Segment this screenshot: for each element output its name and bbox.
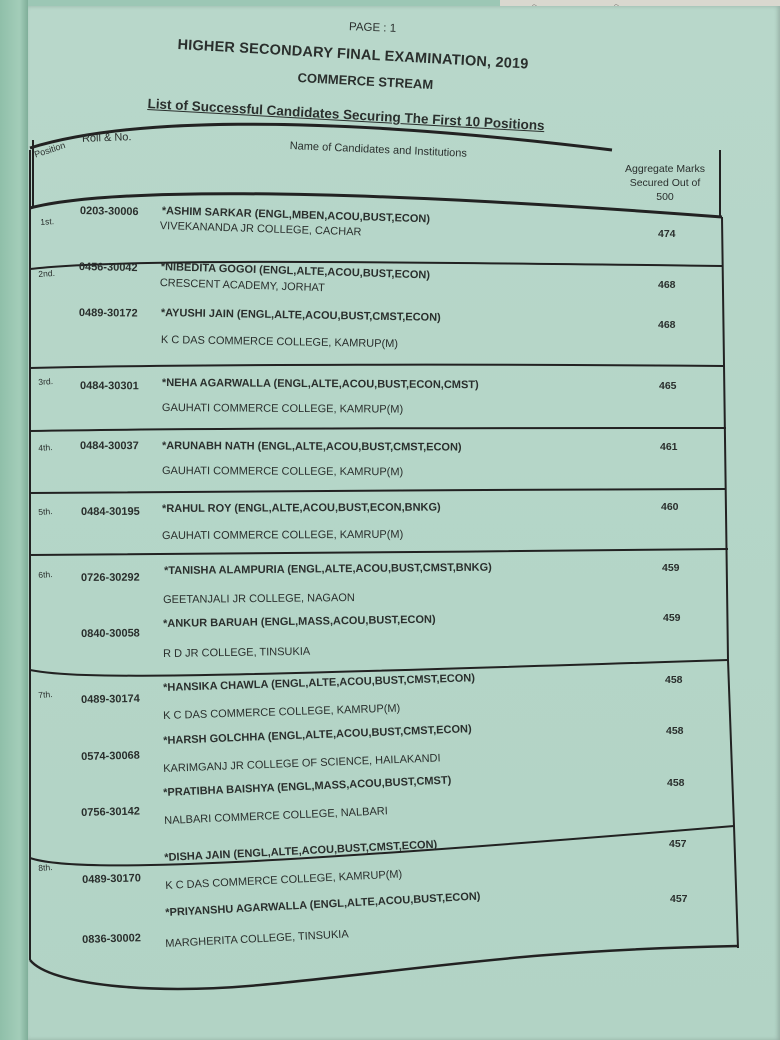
aggregate-marks: 461: [660, 441, 678, 453]
adjacent-page-edge: [0, 0, 28, 1040]
candidate-name: *ARUNABH NATH (ENGL,ALTE,ACOU,BUST,CMST,…: [162, 440, 462, 454]
roll-number: 0203-30006: [80, 205, 139, 218]
aggregate-marks: 460: [661, 501, 679, 513]
candidate-name: *RAHUL ROY (ENGL,ALTE,ACOU,BUST,ECON,BNK…: [162, 502, 441, 515]
institution-name: R D JR COLLEGE, TINSUKIA: [163, 646, 310, 660]
position-label: 7th.: [38, 689, 53, 700]
roll-number: 0484-30037: [80, 440, 139, 452]
aggregate-marks: 457: [670, 893, 688, 905]
aggregate-marks: 468: [658, 319, 676, 331]
position-label: 4th.: [38, 442, 53, 453]
aggregate-marks: 458: [667, 777, 685, 789]
roll-number: 0489-30170: [82, 872, 141, 886]
aggregate-marks: 465: [659, 380, 677, 392]
page-number: PAGE : 1: [349, 21, 396, 35]
institution-name: GAUHATI COMMERCE COLLEGE, KAMRUP(M): [162, 402, 403, 416]
aggregate-marks: 459: [663, 612, 681, 624]
position-label: 5th.: [38, 506, 53, 517]
aggregate-marks: 458: [665, 674, 683, 686]
institution-name: GAUHATI COMMERCE COLLEGE, KAMRUP(M): [162, 529, 403, 542]
roll-number: 0726-30292: [81, 572, 140, 584]
roll-number: 0484-30301: [80, 380, 139, 392]
position-label: 8th.: [38, 862, 53, 873]
candidate-name: *NEHA AGARWALLA (ENGL,ALTE,ACOU,BUST,ECO…: [162, 377, 479, 391]
aggregate-marks: 458: [666, 725, 684, 737]
institution-name: GEETANJALI JR COLLEGE, NAGAON: [163, 592, 355, 606]
roll-number: 0456-30042: [79, 261, 138, 274]
column-header-roll: Roll & No.: [82, 131, 132, 145]
roll-number: 0840-30058: [81, 627, 140, 640]
position-label: 6th.: [38, 569, 53, 580]
roll-number: 0489-30174: [81, 693, 140, 706]
roll-number: 0574-30068: [81, 750, 140, 763]
aggregate-marks: 459: [662, 562, 680, 574]
institution-name: GAUHATI COMMERCE COLLEGE, KAMRUP(M): [162, 465, 403, 478]
position-label: 2nd.: [38, 268, 55, 279]
column-header-marks: Aggregate Marks Secured Out of 500: [620, 162, 710, 204]
roll-number: 0756-30142: [81, 805, 140, 819]
roll-number: 0484-30195: [81, 506, 140, 518]
aggregate-marks: 468: [658, 279, 676, 291]
position-label: 1st.: [40, 216, 54, 227]
roll-number: 0836-30002: [82, 932, 141, 946]
aggregate-marks: 474: [658, 228, 676, 240]
roll-number: 0489-30172: [79, 307, 138, 320]
position-label: 3rd.: [38, 376, 53, 387]
aggregate-marks: 457: [669, 838, 687, 850]
